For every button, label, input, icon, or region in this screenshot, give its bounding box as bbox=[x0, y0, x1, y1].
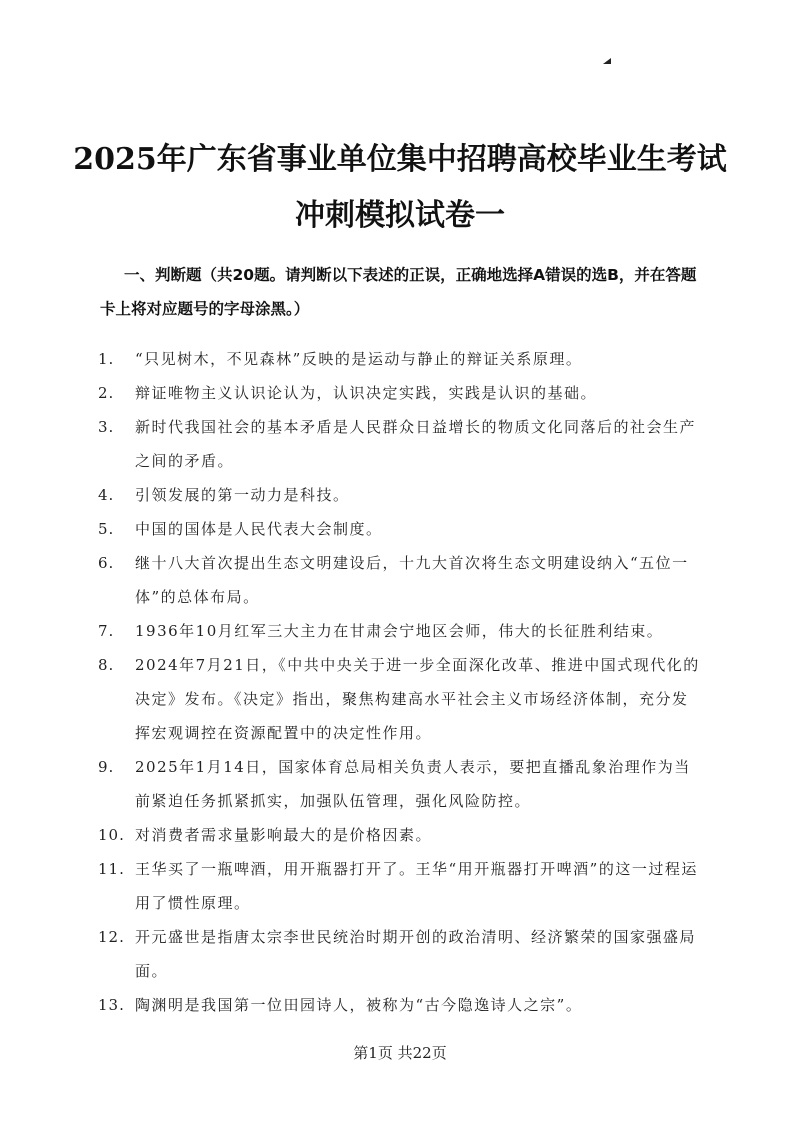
question-text: 王华买了一瓶啤酒，用开瓶器打开了。王华“用开瓶器打开啤酒”的这一过程运用了惯性原… bbox=[135, 852, 700, 920]
document-title: 2025年广东省事业单位集中招聘高校毕业生考试 bbox=[0, 134, 800, 178]
question-number: 10. bbox=[98, 818, 135, 852]
question-number: 5. bbox=[98, 512, 135, 546]
question-item: 3.新时代我国社会的基本矛盾是人民群众日益增长的物质文化同落后的社会生产之间的矛… bbox=[98, 410, 718, 478]
question-item: 5.中国的国体是人民代表大会制度。 bbox=[98, 512, 718, 546]
question-text: 2025年1月14日，国家体育总局相关负责人表示，要把直播乱象治理作为当前紧迫任… bbox=[135, 750, 700, 818]
question-number: 2. bbox=[98, 376, 135, 410]
question-text: 2024年7月21日，《中共中央关于进一步全面深化改革、推进中国式现代化的决定》… bbox=[135, 648, 700, 750]
question-number: 6. bbox=[98, 546, 135, 614]
question-text: 辩证唯物主义认识论认为，认识决定实践，实践是认识的基础。 bbox=[135, 376, 700, 410]
question-number: 1. bbox=[98, 342, 135, 376]
question-number: 7. bbox=[98, 614, 135, 648]
question-text: 陶渊明是我国第一位田园诗人，被称为“古今隐逸诗人之宗”。 bbox=[135, 988, 700, 1022]
question-number: 3. bbox=[98, 410, 135, 478]
question-item: 4.引领发展的第一动力是科技。 bbox=[98, 478, 718, 512]
question-item: 10.对消费者需求量影响最大的是价格因素。 bbox=[98, 818, 718, 852]
question-text: 引领发展的第一动力是科技。 bbox=[135, 478, 700, 512]
question-item: 12.开元盛世是指唐太宗李世民统治时期开创的政治清明、经济繁荣的国家强盛局面。 bbox=[98, 920, 718, 988]
question-text: 对消费者需求量影响最大的是价格因素。 bbox=[135, 818, 700, 852]
question-text: 1936年10月红军三大主力在甘肃会宁地区会师，伟大的长征胜利结束。 bbox=[135, 614, 700, 648]
question-item: 7.1936年10月红军三大主力在甘肃会宁地区会师，伟大的长征胜利结束。 bbox=[98, 614, 718, 648]
question-item: 1.“只见树木，不见森林”反映的是运动与静止的辩证关系原理。 bbox=[98, 342, 718, 376]
question-number: 9. bbox=[98, 750, 135, 818]
question-number: 11. bbox=[98, 852, 135, 920]
question-item: 13.陶渊明是我国第一位田园诗人，被称为“古今隐逸诗人之宗”。 bbox=[98, 988, 718, 1022]
document-subtitle: 冲刺模拟试卷一 bbox=[0, 190, 800, 234]
question-text: 开元盛世是指唐太宗李世民统治时期开创的政治清明、经济繁荣的国家强盛局面。 bbox=[135, 920, 700, 988]
question-number: 4. bbox=[98, 478, 135, 512]
question-text: 继十八大首次提出生态文明建设后，十九大首次将生态文明建设纳入“五位一体”的总体布… bbox=[135, 546, 700, 614]
question-text: 中国的国体是人民代表大会制度。 bbox=[135, 512, 700, 546]
question-item: 8.2024年7月21日，《中共中央关于进一步全面深化改革、推进中国式现代化的决… bbox=[98, 648, 718, 750]
corner-mark bbox=[603, 58, 611, 64]
page-footer: 第1页 共22页 bbox=[0, 1042, 800, 1063]
section-header: 一、判断题（共20题。请判断以下表述的正误，正确地选择A错误的选B，并在答题卡上… bbox=[100, 258, 700, 326]
question-item: 6.继十八大首次提出生态文明建设后，十九大首次将生态文明建设纳入“五位一体”的总… bbox=[98, 546, 718, 614]
question-item: 11.王华买了一瓶啤酒，用开瓶器打开了。王华“用开瓶器打开啤酒”的这一过程运用了… bbox=[98, 852, 718, 920]
question-number: 8. bbox=[98, 648, 135, 750]
question-number: 13. bbox=[98, 988, 135, 1022]
question-item: 2.辩证唯物主义认识论认为，认识决定实践，实践是认识的基础。 bbox=[98, 376, 718, 410]
question-item: 9.2025年1月14日，国家体育总局相关负责人表示，要把直播乱象治理作为当前紧… bbox=[98, 750, 718, 818]
question-number: 12. bbox=[98, 920, 135, 988]
question-text: “只见树木，不见森林”反映的是运动与静止的辩证关系原理。 bbox=[135, 342, 700, 376]
question-text: 新时代我国社会的基本矛盾是人民群众日益增长的物质文化同落后的社会生产之间的矛盾。 bbox=[135, 410, 700, 478]
question-list: 1.“只见树木，不见森林”反映的是运动与静止的辩证关系原理。 2.辩证唯物主义认… bbox=[98, 342, 718, 1022]
